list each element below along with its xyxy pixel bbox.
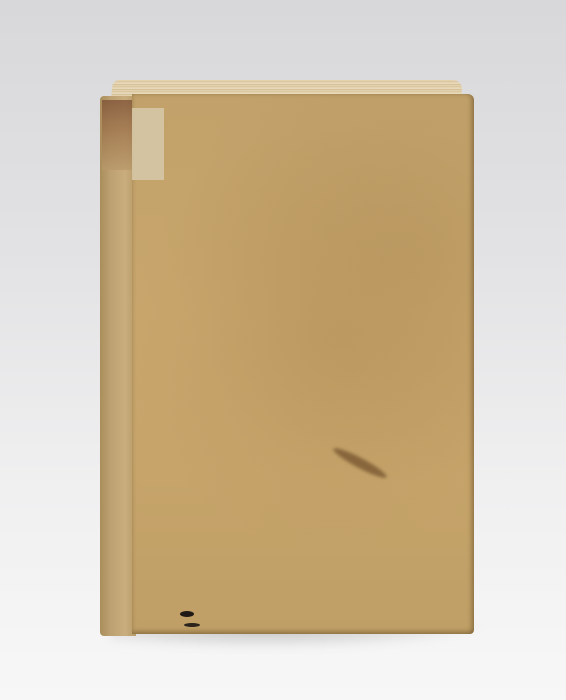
spine-wear bbox=[102, 100, 132, 170]
ink-spot bbox=[184, 623, 200, 627]
photo-scene bbox=[0, 0, 566, 700]
spine-label-remnant bbox=[132, 108, 164, 180]
book-spine bbox=[100, 96, 136, 636]
ink-spot bbox=[180, 611, 194, 617]
book-cover bbox=[132, 94, 474, 634]
